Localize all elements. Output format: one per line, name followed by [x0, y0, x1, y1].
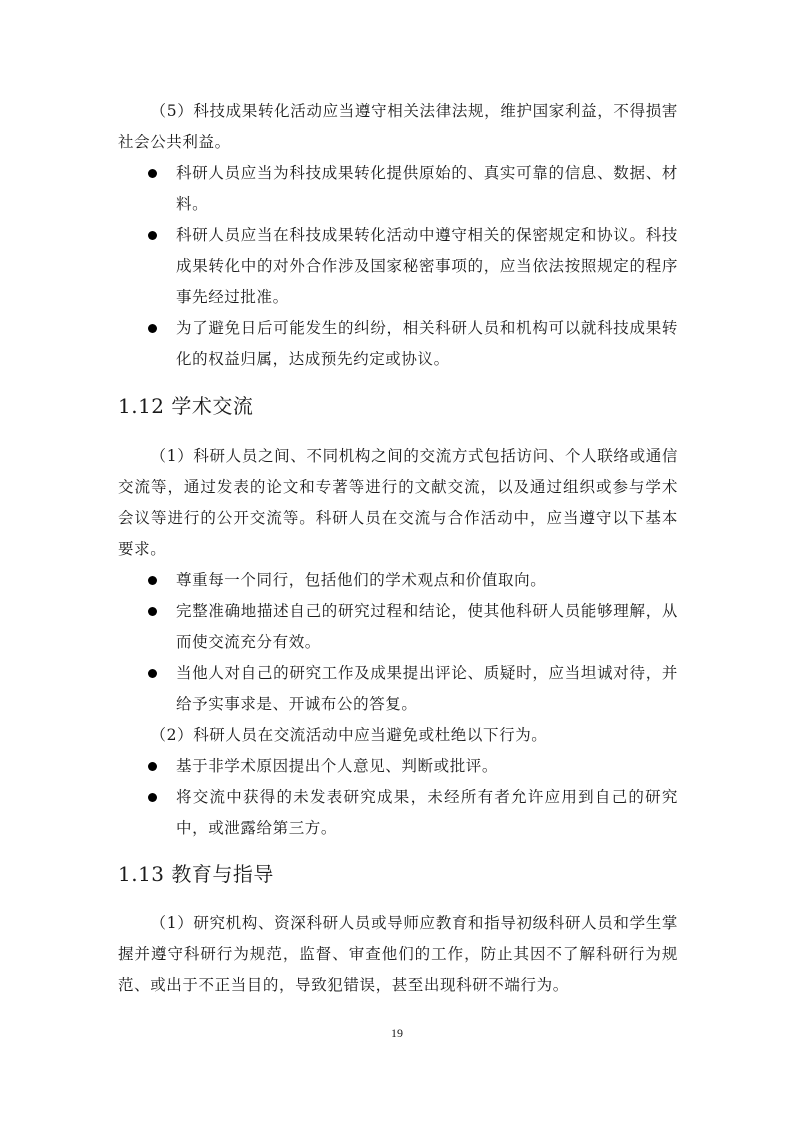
bullet-icon: [148, 793, 157, 802]
list-item-text: 完整准确地描述自己的研究过程和结论，使其他科研人员能够理解，从而使交流充分有效。: [176, 602, 678, 651]
bullet-icon: [148, 324, 157, 333]
list-item-text: 基于非学术原因提出个人意见、判断或批评。: [176, 757, 498, 775]
list-item: 完整准确地描述自己的研究过程和结论，使其他科研人员能够理解，从而使交流充分有效。: [118, 596, 678, 658]
bullet-icon: [148, 762, 157, 771]
section-heading-1-12: 1.12 学术交流: [118, 392, 678, 420]
bullet-list-1-12-b: 基于非学术原因提出个人意见、判断或批评。 将交流中获得的未发表研究成果，未经所有…: [118, 751, 678, 844]
list-item: 尊重每一个同行，包括他们的学术观点和价值取向。: [118, 565, 678, 596]
list-item: 当他人对自己的研究工作及成果提出评论、质疑时，应当坦诚对待，并给予实事求是、开诚…: [118, 658, 678, 720]
list-item-text: 科研人员应当为科技成果转化提供原始的、真实可靠的信息、数据、材料。: [176, 164, 678, 213]
paragraph-1-12-1: （1）科研人员之间、不同机构之间的交流方式包括访问、个人联络或通信交流等，通过发…: [118, 441, 678, 565]
document-page: （5）科技成果转化活动应当遵守相关法律法规，维护国家利益，不得损害社会公共利益。…: [0, 0, 794, 1123]
bullet-icon: [148, 576, 157, 585]
bullet-icon: [148, 231, 157, 240]
bullet-list-intro: 科研人员应当为科技成果转化提供原始的、真实可靠的信息、数据、材料。 科研人员应当…: [118, 158, 678, 375]
paragraph-1-12-2: （2）科研人员在交流活动中应当避免或杜绝以下行为。: [118, 720, 678, 751]
list-item: 科研人员应当为科技成果转化提供原始的、真实可靠的信息、数据、材料。: [118, 158, 678, 220]
paragraph-1-13-1: （1）研究机构、资深科研人员或导师应教育和指导初级科研人员和学生掌握并遵守科研行…: [118, 908, 678, 1001]
list-item: 将交流中获得的未发表研究成果，未经所有者允许应用到自己的研究中，或泄露给第三方。: [118, 782, 678, 844]
bullet-icon: [148, 169, 157, 178]
list-item-text: 为了避免日后可能发生的纠纷，相关科研人员和机构可以就科技成果转化的权益归属，达成…: [176, 319, 678, 368]
list-item: 为了避免日后可能发生的纠纷，相关科研人员和机构可以就科技成果转化的权益归属，达成…: [118, 313, 678, 375]
page-content: （5）科技成果转化活动应当遵守相关法律法规，维护国家利益，不得损害社会公共利益。…: [118, 96, 678, 1001]
list-item-text: 当他人对自己的研究工作及成果提出评论、质疑时，应当坦诚对待，并给予实事求是、开诚…: [176, 664, 678, 713]
page-number: 19: [0, 1026, 794, 1041]
bullet-list-1-12-a: 尊重每一个同行，包括他们的学术观点和价值取向。 完整准确地描述自己的研究过程和结…: [118, 565, 678, 720]
section-heading-1-13: 1.13 教育与指导: [118, 860, 678, 888]
list-item-text: 尊重每一个同行，包括他们的学术观点和价值取向。: [176, 571, 546, 589]
list-item: 基于非学术原因提出个人意见、判断或批评。: [118, 751, 678, 782]
list-item-text: 科研人员应当在科技成果转化活动中遵守相关的保密规定和协议。科技成果转化中的对外合…: [176, 226, 678, 306]
list-item-text: 将交流中获得的未发表研究成果，未经所有者允许应用到自己的研究中，或泄露给第三方。: [176, 788, 678, 837]
list-item: 科研人员应当在科技成果转化活动中遵守相关的保密规定和协议。科技成果转化中的对外合…: [118, 220, 678, 313]
bullet-icon: [148, 669, 157, 678]
bullet-icon: [148, 607, 157, 616]
paragraph-intro: （5）科技成果转化活动应当遵守相关法律法规，维护国家利益，不得损害社会公共利益。: [118, 96, 678, 158]
